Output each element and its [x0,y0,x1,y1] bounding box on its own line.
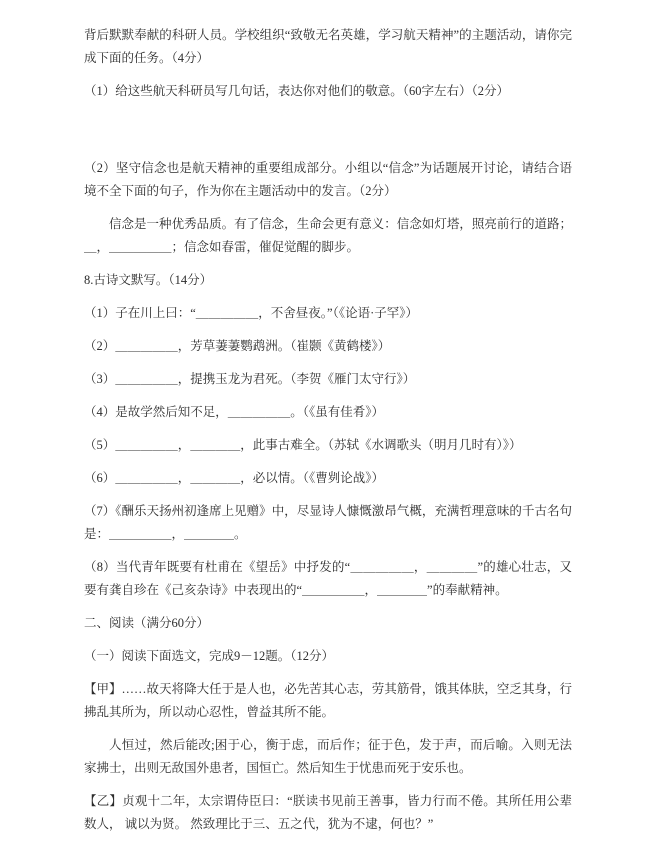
passage-jia-paragraph-1: 【甲】……故天将降大任于是人也，必先苦其心志，劳其筋骨，饿其体肤，空乏其身，行拂… [84,678,572,724]
section-2-heading: 二、阅读（满分60分） [84,612,572,635]
section-2-subheading: （一）阅读下面选文，完成9－12题。（12分） [84,645,572,668]
task-1-paragraph: （1）给这些航天科研员写几句话，表达你对他们的敬意。（60字左右）（2分） [84,80,572,103]
question-8-item-7: （7）《酬乐天扬州初逢席上见赠》中，尽显诗人慷慨激昂气概，充满哲理意味的千古名句… [84,500,572,546]
intro-paragraph: 背后默默奉献的科研人员。学校组织“致敬无名英雄，学习航天精神”的主题活动，请你完… [84,24,572,70]
question-8-item-3: （3）＿＿＿＿＿，提携玉龙为君死。（李贺《雁门太守行》） [84,368,572,391]
passage-yi-paragraph: 【乙】贞观十二年，太宗谓侍臣曰：“朕读书见前王善事，皆力行而不倦。其所任用公辈数… [84,790,572,836]
question-8-item-1: （1）子在川上曰：“＿＿＿＿＿，不舍昼夜。”（《论语·子罕》） [84,302,572,325]
question-8-item-6: （6）＿＿＿＿＿，＿＿＿＿，必以情。（《曹刿论战》） [84,467,572,490]
question-8-heading: 8.古诗文默写。（14分） [84,269,572,292]
exam-page: 背后默默奉献的科研人员。学校组织“致敬无名英雄，学习航天精神”的主题活动，请你完… [0,0,651,842]
question-8-item-4: （4）是故学然后知不足，＿＿＿＿＿。（《虽有佳肴》） [84,401,572,424]
task-2-paragraph: （2）坚守信念也是航天精神的重要组成部分。小组以“信念”为话题展开讨论，请结合语… [84,157,572,203]
question-8-item-5: （5）＿＿＿＿＿，＿＿＿＿，此事古难全。（苏轼《水调歌头（明月几时有）》） [84,434,572,457]
question-8-item-2: （2）＿＿＿＿＿，芳草萋萋鹦鹉洲。（崔颢《黄鹤楼》） [84,335,572,358]
task-2-fill-in-passage: 信念是一种优秀品质。有了信念，生命会更有意义：信念如灯塔，照亮前行的道路；＿，＿… [84,213,572,259]
question-8-item-8: （8）当代青年既要有杜甫在《望岳》中抒发的“＿＿＿＿＿，＿＿＿＿”的雄心壮志，又… [84,556,572,602]
passage-jia-paragraph-2: 人恒过，然后能改;困于心，衡于虑，而后作；征于色，发于声，而后喻。入则无法家拂士… [84,734,572,780]
